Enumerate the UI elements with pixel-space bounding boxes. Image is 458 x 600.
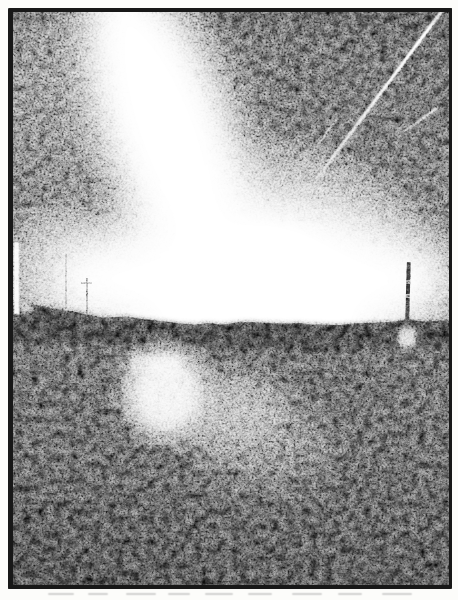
ground-reflection-edge [129,355,181,371]
distant-pole-crossarm [81,282,92,284]
document-page: { "figure": { "media": "grainy black-and… [0,0,458,600]
light-post-base-glow [19,304,32,312]
pole-highlight [406,280,410,284]
pole-base-light-patch [399,329,415,346]
distant-pole-near [86,278,88,320]
ground-reflection-tail [196,406,331,486]
distant-pole-far [65,254,67,316]
pole-highlight [406,294,410,298]
caption-remnant [8,592,452,600]
figure-photo [8,8,452,589]
